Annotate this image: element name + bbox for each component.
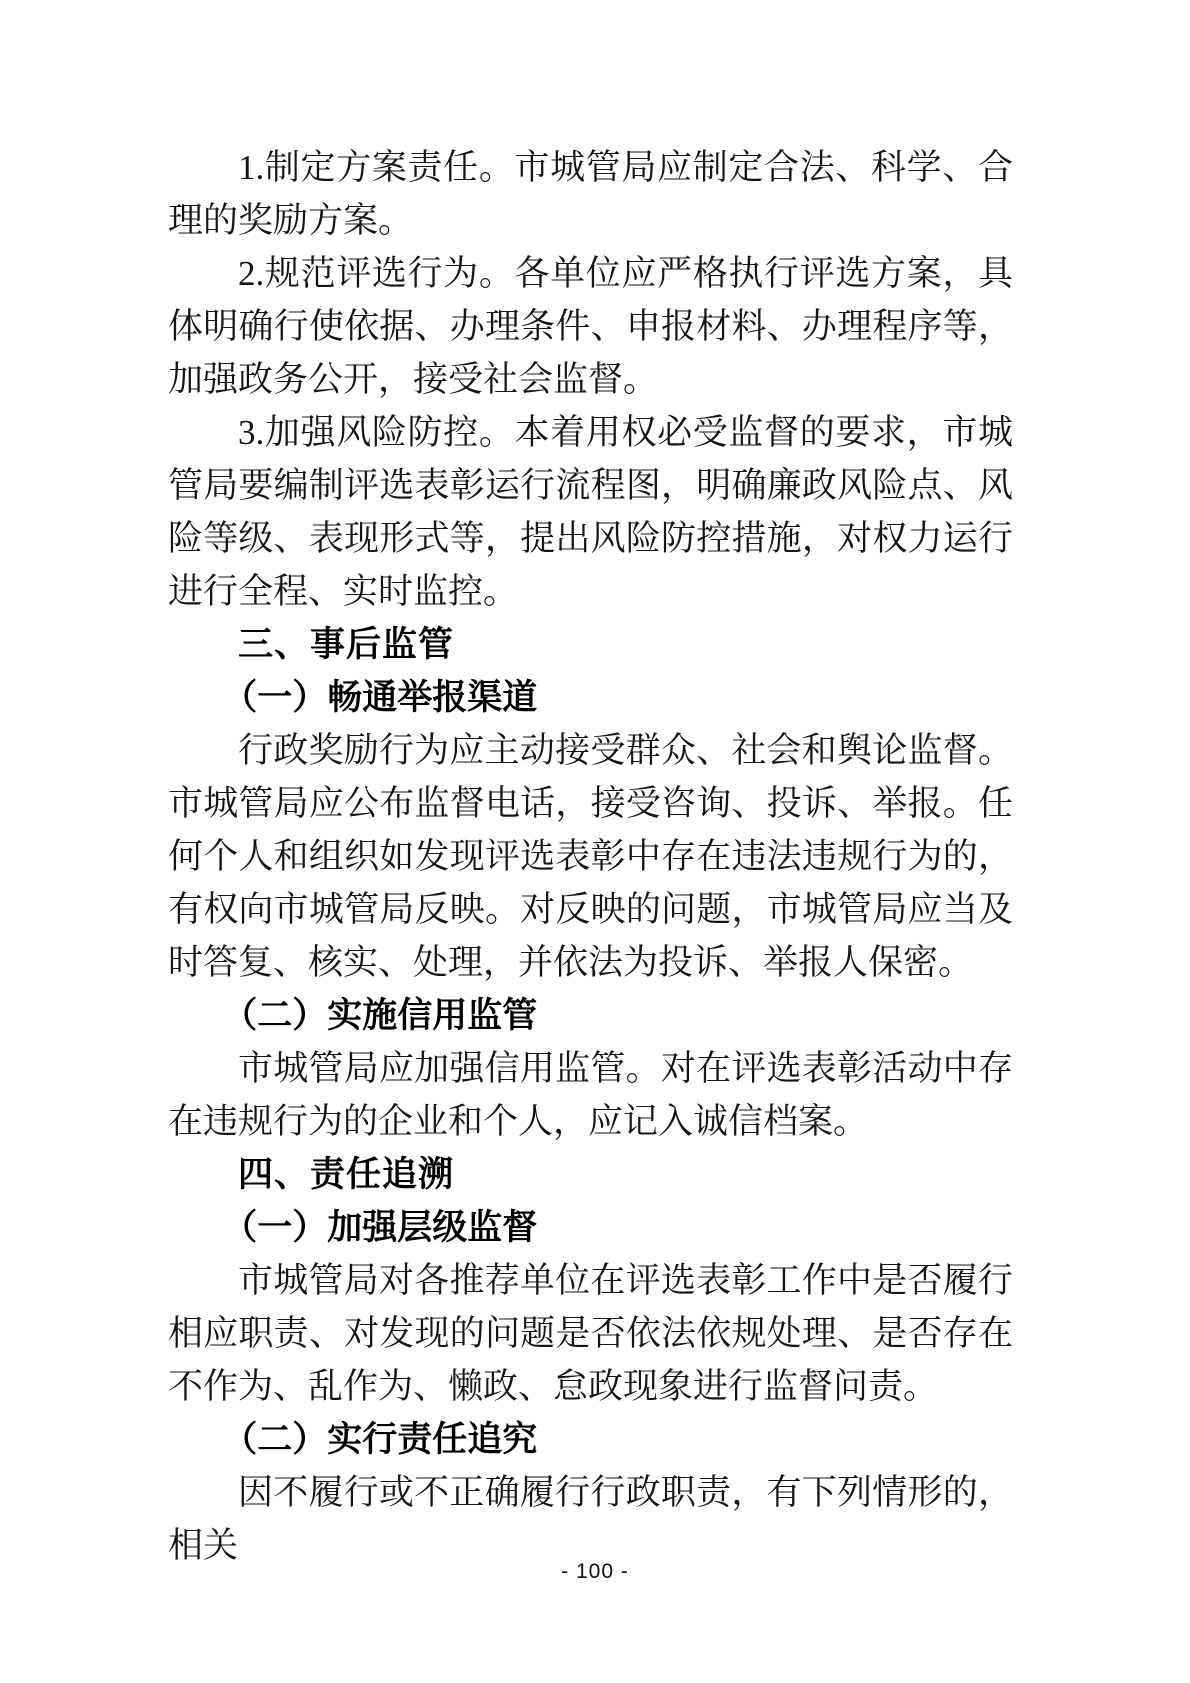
document-page: 1.制定方案责任。市城管局应制定合法、科学、合理的奖励方案。 2.规范评选行为。…: [0, 0, 1190, 1683]
subsection-heading-3-1: （一）畅通举报渠道: [168, 671, 1013, 724]
subsection-heading-3-2: （二）实施信用监管: [168, 989, 1013, 1042]
body-paragraph-supervision: 市城管局对各推荐单位在评选表彰工作中是否履行相应职责、对发现的问题是否依法依规处…: [168, 1254, 1013, 1413]
body-paragraph-credit: 市城管局应加强信用监管。对在评选表彰活动中存在违规行为的企业和个人，应记入诚信档…: [168, 1042, 1013, 1148]
subsection-heading-4-1: （一）加强层级监督: [168, 1201, 1013, 1254]
page-footer: - 100 -: [0, 1560, 1190, 1584]
numbered-paragraph-1: 1.制定方案责任。市城管局应制定合法、科学、合理的奖励方案。: [168, 141, 1013, 247]
numbered-paragraph-3: 3.加强风险防控。本着用权必受监督的要求，市城管局要编制评选表彰运行流程图，明确…: [168, 406, 1013, 618]
body-paragraph-reporting: 行政奖励行为应主动接受群众、社会和舆论监督。市城管局应公布监督电话，接受咨询、投…: [168, 724, 1013, 989]
section-heading-3: 三、事后监管: [168, 618, 1013, 671]
body-paragraph-accountability: 因不履行或不正确履行行政职责，有下列情形的，相关: [168, 1466, 1013, 1572]
subsection-heading-4-2: （二）实行责任追究: [168, 1413, 1013, 1466]
document-body: 1.制定方案责任。市城管局应制定合法、科学、合理的奖励方案。 2.规范评选行为。…: [168, 141, 1013, 1572]
numbered-paragraph-2: 2.规范评选行为。各单位应严格执行评选方案，具体明确行使依据、办理条件、申报材料…: [168, 247, 1013, 406]
section-heading-4: 四、责任追溯: [168, 1148, 1013, 1201]
page-number: - 100 -: [561, 1560, 629, 1583]
